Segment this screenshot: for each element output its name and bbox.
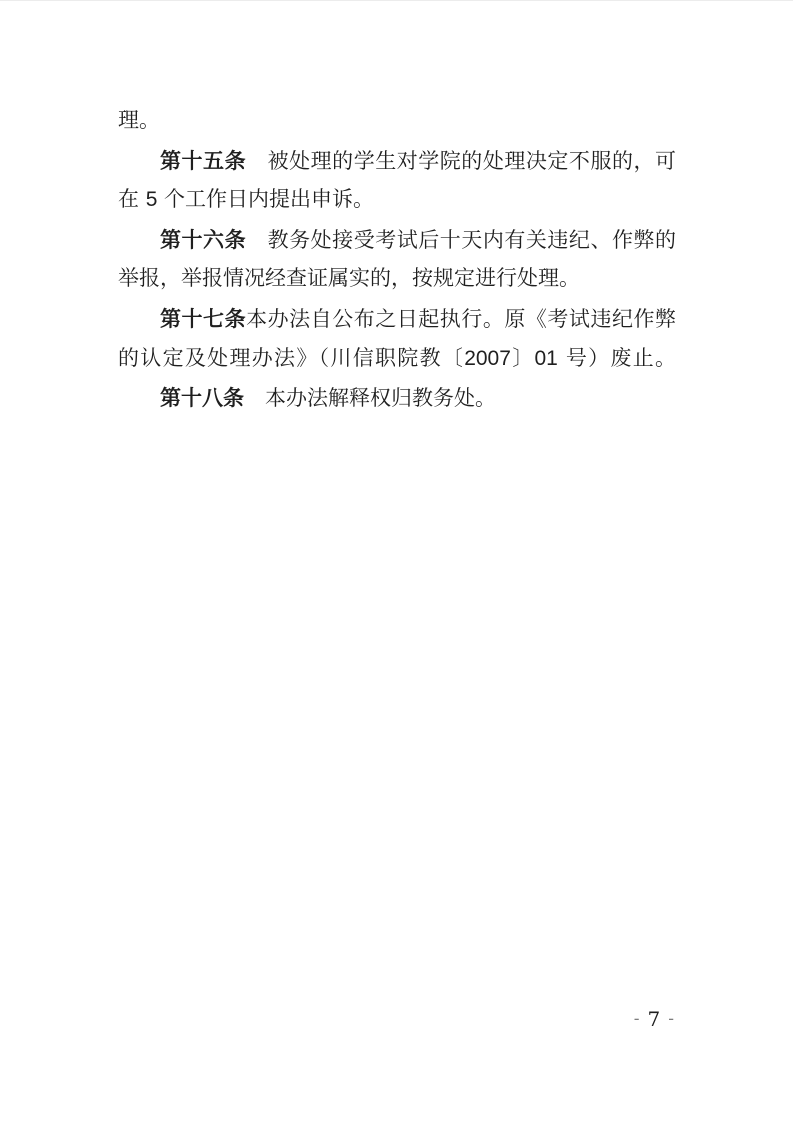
text-block: 理。第十五条 被处理的学生对学院的处理决定不服的，可在 5 个工作日内提出申诉。… xyxy=(118,101,676,418)
text-segment: 教务处接受考试后十天内有关违纪、作弊的 xyxy=(246,228,676,252)
text-line-7: 的认定及处理办法》（川信职院教〔2007〕01 号）废止。 xyxy=(118,339,676,379)
text-line-5: 举报，举报情况经查证属实的，按规定进行处理。 xyxy=(118,259,676,299)
text-segment: 在 xyxy=(118,187,146,211)
text-segment: 的认定及处理办法》（川信职院教〔 xyxy=(118,346,464,370)
text-segment: 5 xyxy=(146,188,158,211)
text-segment: 本办法解释权归教务处。 xyxy=(244,386,496,410)
text-line-4: 第十六条 教务处接受考试后十天内有关违纪、作弊的 xyxy=(118,220,676,260)
text-line-1: 理。 xyxy=(118,101,676,141)
article-heading: 第十七条 xyxy=(160,306,246,331)
text-segment: 〕 xyxy=(511,346,535,370)
text-line-8: 第十八条 本办法解释权归教务处。 xyxy=(118,378,676,418)
text-line-6: 第十七条本办法自公布之日起执行。原《考试违纪作弊 xyxy=(118,299,676,339)
page-number: -7- xyxy=(634,1007,674,1031)
text-segment: 2007 xyxy=(464,347,511,370)
scan-edge-artifact xyxy=(0,0,793,1)
text-line-2: 第十五条 被处理的学生对学院的处理决定不服的，可 xyxy=(118,141,676,181)
page-number-value: 7 xyxy=(648,1007,661,1031)
text-segment: 理。 xyxy=(118,108,160,132)
article-heading: 第十六条 xyxy=(160,227,246,252)
article-heading: 第十五条 xyxy=(160,148,246,173)
text-segment: 01 xyxy=(535,347,558,370)
article-heading: 第十八条 xyxy=(160,385,244,410)
document-page: 理。第十五条 被处理的学生对学院的处理决定不服的，可在 5 个工作日内提出申诉。… xyxy=(0,0,793,1122)
text-segment: 举报，举报情况经查证属实的，按规定进行处理。 xyxy=(118,266,580,290)
text-segment: 号）废止。 xyxy=(558,346,676,370)
text-segment: 个工作日内提出申诉。 xyxy=(157,187,374,211)
text-segment: 本办法自公布之日起执行。原《考试违纪作弊 xyxy=(246,307,676,331)
page-number-dash-left: - xyxy=(634,1009,640,1029)
text-segment: 被处理的学生对学院的处理决定不服的，可 xyxy=(246,149,676,173)
page-number-dash-right: - xyxy=(668,1009,674,1029)
text-line-3: 在 5 个工作日内提出申诉。 xyxy=(118,180,676,220)
